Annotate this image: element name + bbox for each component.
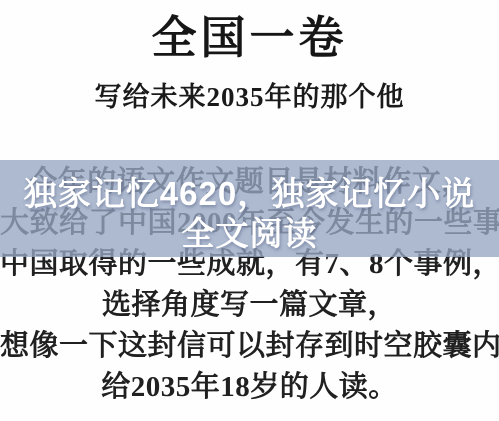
watermark-line-2: 全文阅读 bbox=[0, 214, 499, 254]
watermark-text: 独家记忆4620，独家记忆小说 全文阅读 bbox=[0, 174, 499, 254]
exam-text-image: 全国一卷 写给未来2035年的那个他 今年的语文作文题目是材料作文， 大致给了中… bbox=[0, 0, 499, 421]
body-line-5: 想像一下这封信可以封存到时空胶囊内， bbox=[0, 326, 499, 367]
body-line-6: 给2035年18岁的人读。 bbox=[0, 367, 499, 408]
body-line-4: 选择角度写一篇文章， bbox=[0, 285, 499, 326]
page-subtitle: 写给未来2035年的那个他 bbox=[0, 80, 499, 114]
page-title: 全国一卷 bbox=[0, 12, 499, 64]
watermark-line-1: 独家记忆4620，独家记忆小说 bbox=[0, 174, 499, 214]
